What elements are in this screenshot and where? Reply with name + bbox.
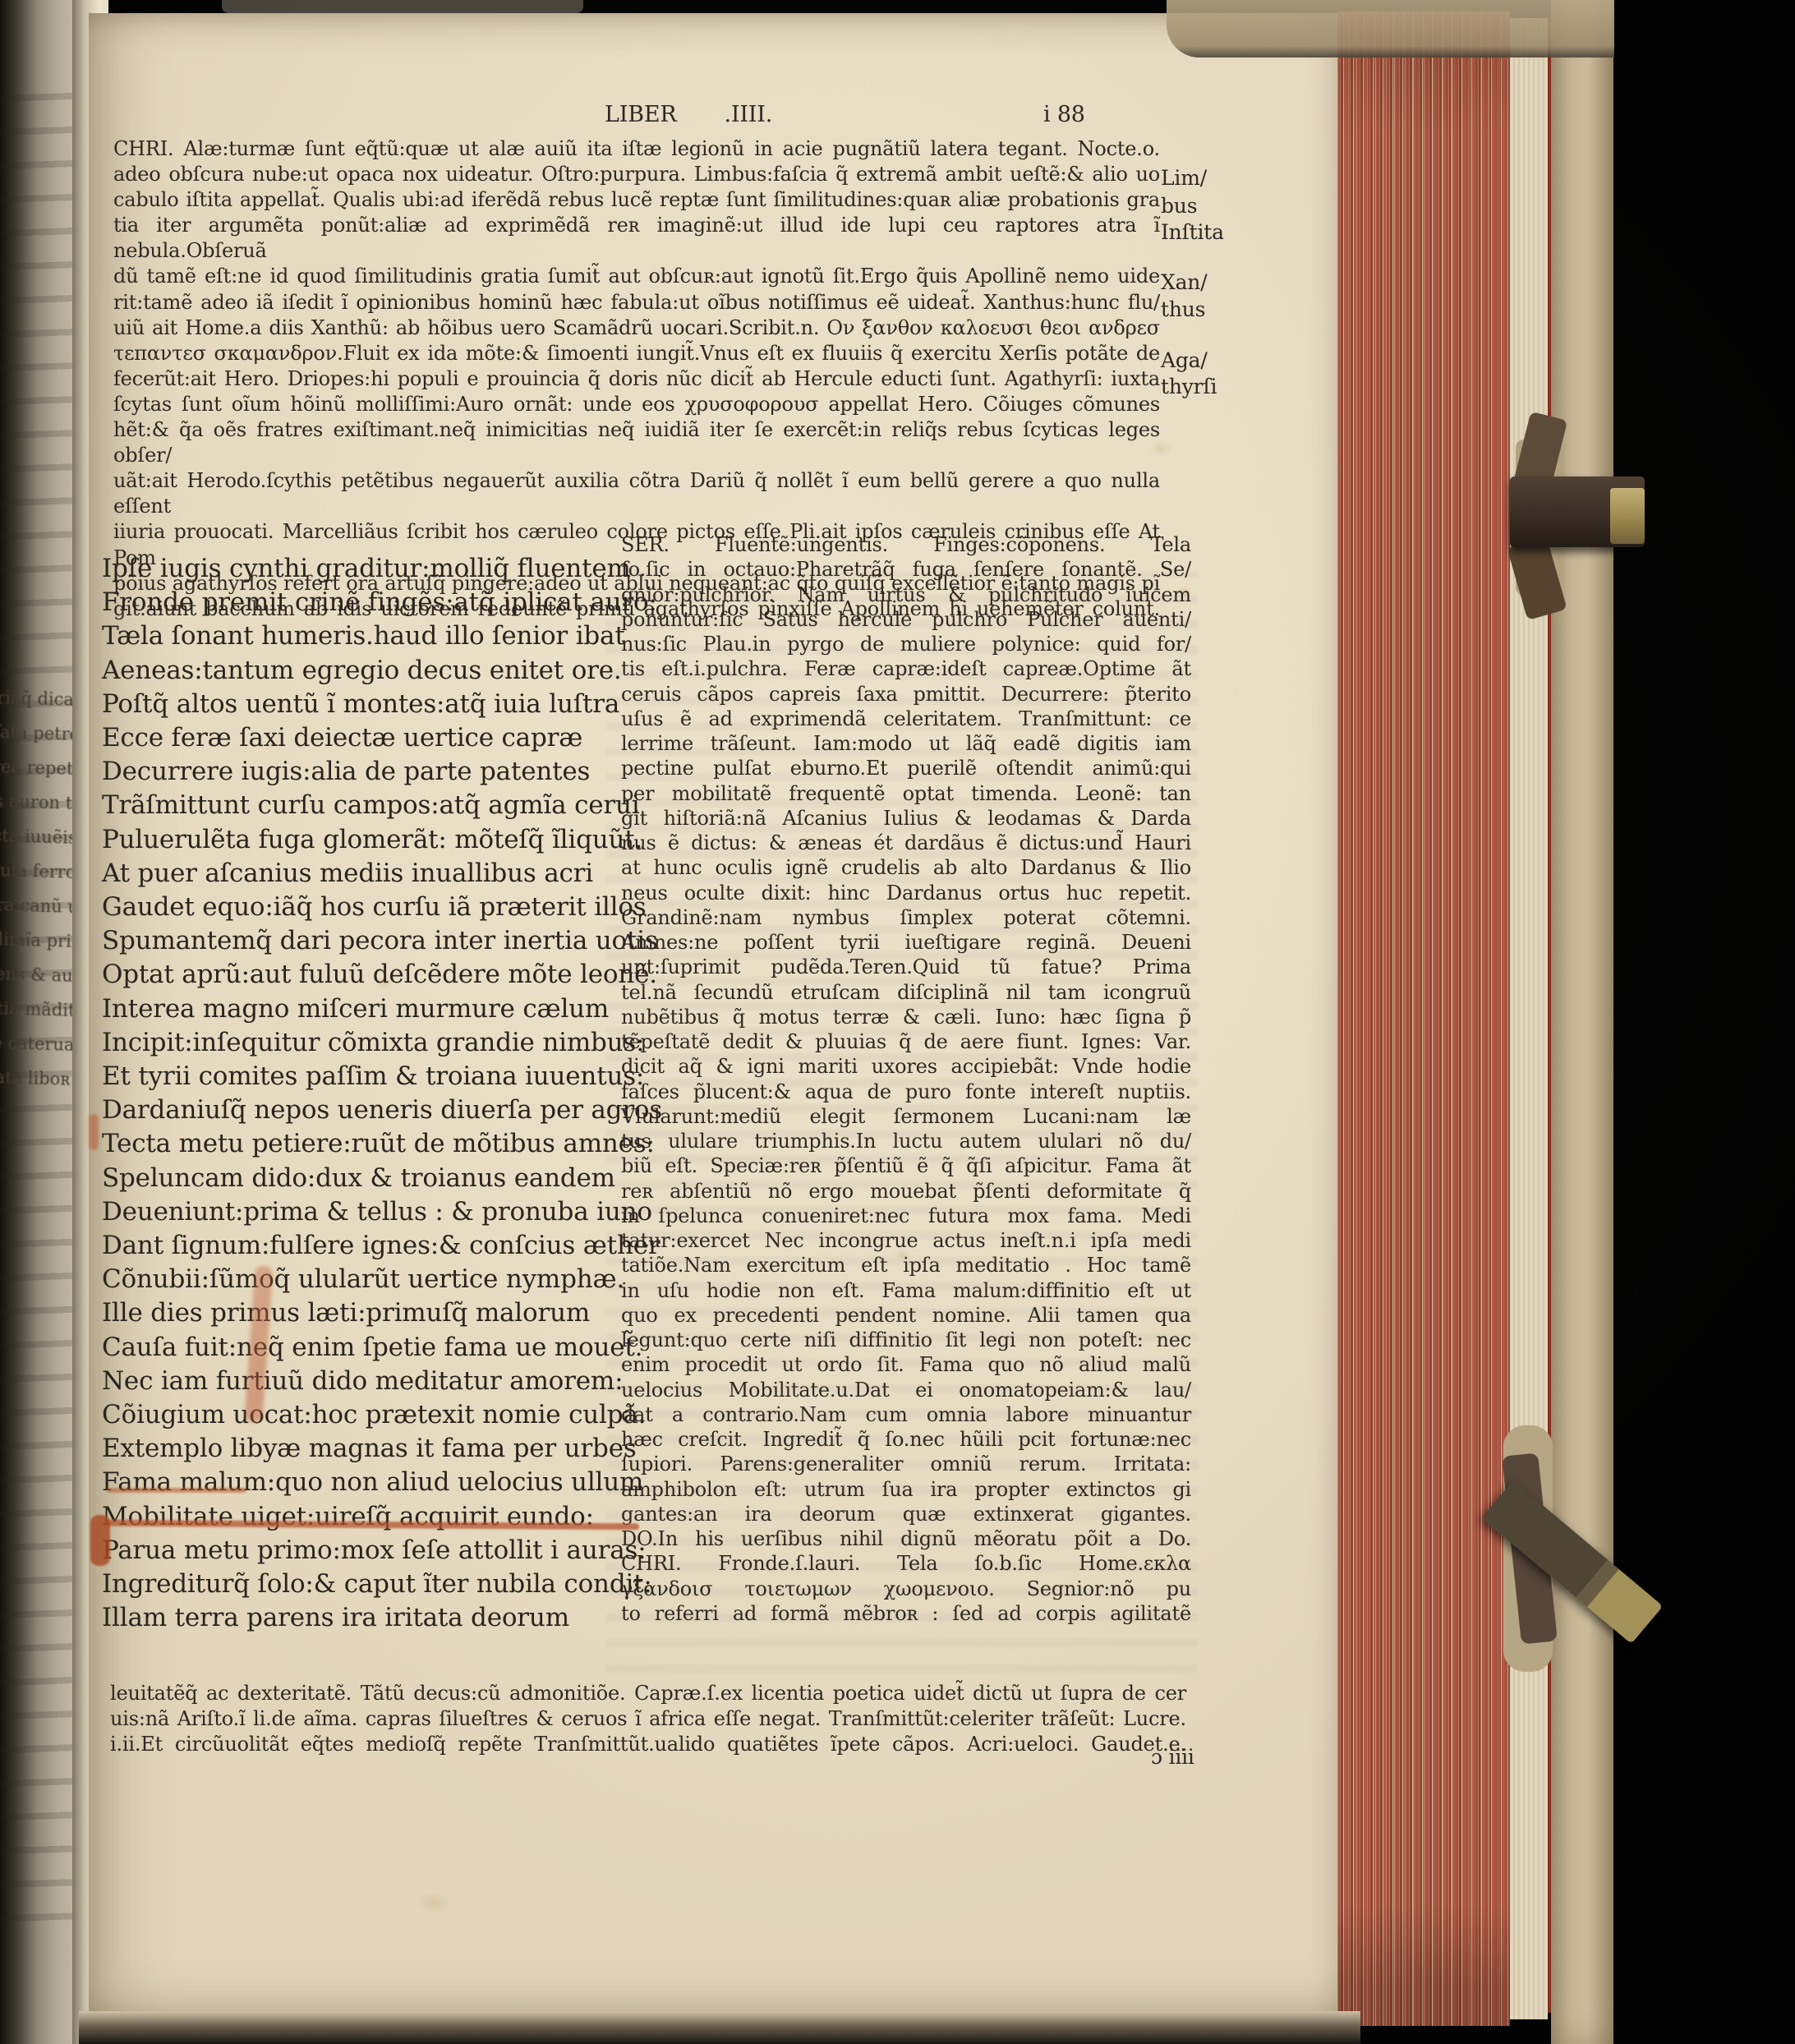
verse-line: Ille dies primus læti:primuſq̃ malorum bbox=[102, 1296, 628, 1330]
commentary-line: ſcytas ſunt oĩum hõinũ molliſſimi:Auro o… bbox=[113, 392, 1160, 417]
verse-line: Nec iam furtiuũ dido meditatur amorem: bbox=[102, 1365, 628, 1398]
verse-line: Illam terra parens ira iritata deorum bbox=[102, 1601, 628, 1635]
commentary-line: i.ii.Et circũuolitãt eq̃tes medioſq̃ rep… bbox=[110, 1732, 1186, 1757]
verse-line: Fama malum:quo non aliud uelocius ullum bbox=[102, 1466, 628, 1499]
verse-line: Dardaniuſq̃ nepos ueneris diuerſa per ag… bbox=[102, 1093, 628, 1127]
commentary-line: dũ tamẽ eſt:ne id quod ſimilitudinis gra… bbox=[113, 264, 1160, 289]
page-block-edge bbox=[1510, 18, 1548, 2019]
commentary-line: hæc creſcit. Ingredit̃ q̃ ſo.nec hũili p… bbox=[621, 1427, 1191, 1452]
verse-line: Cõnubii:ſũmoq̃ ulularũt uertice nymphæ. bbox=[102, 1263, 628, 1296]
commentary-line: dat a contrario.Nam cum omnia labore min… bbox=[621, 1402, 1191, 1427]
commentary-line: DO.In his uerſibus nihil dignũ mẽoratu p… bbox=[621, 1526, 1191, 1551]
commentary-line: quo ex precedenti pendent nomine. Alii t… bbox=[621, 1303, 1191, 1328]
commentary-column: SER. Fluentẽ:ungentis. Finges:cõponens. … bbox=[621, 532, 1191, 1626]
commentary-line: uelocius Mobilitate.u.Dat ei onomatopeia… bbox=[621, 1378, 1191, 1402]
page-title: LIBER .IIII. bbox=[605, 102, 772, 127]
commentary-line: legunt:quo certe niſi diffinitio ſit leg… bbox=[621, 1328, 1191, 1352]
verse-line: Et tyrii comites paſſim & troiana iuuent… bbox=[102, 1060, 628, 1093]
margin-note-agathyrsi-2: thyrſi bbox=[1161, 375, 1217, 398]
red-margin-blob-small bbox=[89, 1114, 99, 1150]
verse-line: Incipit:inſequitur cõmixta grandie nimbu… bbox=[102, 1026, 628, 1060]
verse-line: Tecta metu petiere:ruũt de mõtibus amnes… bbox=[102, 1127, 628, 1161]
red-margin-blob bbox=[90, 1515, 110, 1566]
commentary-line: git hiſtoriã:nã Aſcanius Iulius & leodam… bbox=[621, 806, 1191, 831]
commentary-line: per mobilitatẽ frequentẽ optat timenda. … bbox=[621, 781, 1191, 806]
commentary-line: γξανδοισ τοιετωμων χωομενοιο. Segnior:nõ… bbox=[621, 1577, 1191, 1601]
verse-line: Deueniunt:prima & tellus : & pronuba iun… bbox=[102, 1195, 628, 1229]
margin-note-agathyrsi-1: Aga/ bbox=[1161, 348, 1208, 372]
facing-text-fragment: rex ſpumãtia mãdit bbox=[0, 988, 72, 1028]
red-stained-fore-edge bbox=[1337, 12, 1510, 2026]
facing-page-text-fragments: propriaq̃ dicataduerſata petrõcytherea r… bbox=[0, 678, 79, 1096]
verse-line: Ecce feræ ſaxi deiectæ uertice capræ bbox=[102, 721, 628, 755]
commentary-line: adeo obſcura nube:ut opaca nox uideatur.… bbox=[113, 162, 1160, 187]
commentary-line: ſo.ſic in octauo:Pharetrãq̃ fuga ſenſere… bbox=[621, 557, 1191, 582]
commentary-line: faſces p̃lucent:& aqua de puro fonte int… bbox=[621, 1080, 1191, 1104]
commentary-line: amphibolon eſt: utrum ſua ira propter ex… bbox=[621, 1477, 1191, 1502]
commentary-line: Amnes:ne poſſent tyrii iueſtigare reginã… bbox=[621, 930, 1191, 955]
commentary-line: hẽt:& q̃a oẽs fratres exiſtimant.neq̃ in… bbox=[113, 417, 1160, 468]
commentary-line: Vlularunt:mediũ elegit ſermonem Lucani:n… bbox=[621, 1104, 1191, 1129]
folio-number: i 88 bbox=[1043, 102, 1085, 127]
commentary-line: τεπαντεσ σκαμανδρον.Fluit ex ida mõte:& … bbox=[113, 341, 1160, 366]
commentary-line: tus ululare triumphis.In luctu autem ulu… bbox=[621, 1129, 1191, 1153]
facing-text-fragment: antum ad limĩa primi bbox=[0, 919, 75, 959]
verse-line: Poſtq̃ altos uentũ ĩ montes:atq̃ iuia lu… bbox=[102, 688, 628, 721]
commentary-line: in uſu hodie non eſt. Fama malum:diffini… bbox=[621, 1278, 1191, 1303]
commentary-line: tel.nã ſecundũ etruſcam diſciplinã nil t… bbox=[621, 980, 1191, 1005]
verse-line: Speluncam dido:dux & troianus eandem bbox=[102, 1162, 628, 1195]
commentary-line: nus ẽ dictus: & æneas ét dardãus ẽ dictu… bbox=[621, 831, 1191, 855]
verse-column: Ipſe iugis cynthi graditur:molliq̃ fluen… bbox=[102, 552, 628, 1636]
margin-note-xanthus-2: thus bbox=[1161, 297, 1205, 321]
commentary-line: gnior:pulchrior. Nam uirtus & pulchritud… bbox=[621, 582, 1191, 607]
facing-text-fragment: propriaq̃ dicat bbox=[0, 678, 79, 717]
commentary-line: tatur:exercet Nec incongrue actus ineſt.… bbox=[621, 1228, 1191, 1253]
commentary-line: tis eſt.i.pulchra. Feræ capræ:ideſt capr… bbox=[621, 656, 1191, 681]
commentary-line: uãt:ait Herodo.ſcythis petẽtibus negauer… bbox=[113, 468, 1160, 519]
verse-line: Spumantemq̃ dari pecora inter inertia uo… bbox=[102, 924, 628, 958]
verse-line: Tæla ſonant humeris.haud illo ſenior iba… bbox=[102, 619, 628, 653]
commentary-line: nubẽtibus q̃ motus terræ & cæli. Iuno: h… bbox=[621, 1005, 1191, 1029]
margin-note-limbus-1: Lim/ bbox=[1161, 166, 1207, 190]
verse-line: Fronde premit crinẽ fingẽs:atq̃ iplicat … bbox=[102, 586, 628, 619]
margin-note-instita: Inſtita bbox=[1161, 220, 1224, 244]
commentary-line: uis:nã Ariſto.ĩ li.de aĩma. capras ſilue… bbox=[110, 1706, 1186, 1732]
commentary-line: cabulo iſtita appellat̃. Qualis ubi:ad i… bbox=[113, 187, 1160, 213]
facing-text-fragment: uenabula ferro bbox=[0, 850, 76, 890]
quire-signature: ɔ iiii bbox=[1151, 1745, 1194, 1769]
margin-note-limbus-2: bus bbox=[1161, 194, 1197, 218]
verse-line: At puer aſcanius mediis inuallibus acri bbox=[102, 857, 628, 891]
commentary-line: neus oculte dixit: hinc Dardanus ortus h… bbox=[621, 881, 1191, 905]
vellum-cover-top-corner bbox=[1167, 0, 1614, 58]
facing-text-fragment: delecta iuuẽis bbox=[0, 816, 77, 855]
commentary-line: ponuntur:ſic Satus hercule pulchro Pulch… bbox=[621, 607, 1191, 632]
head-edge-sliver bbox=[222, 0, 583, 13]
verse-line: Optat aprũ:aut fuluũ deſcẽdere mõte leon… bbox=[102, 958, 628, 992]
commentary-line: fecerũt:ait Hero. Driopes:hi populi e pr… bbox=[113, 366, 1160, 392]
commentary-line: uſus ẽ ad exprimendã celeritatem. Tranſm… bbox=[621, 707, 1191, 731]
commentary-line: leuitatẽq̃ ac dexteritatẽ. Tãtũ decus:cũ… bbox=[110, 1681, 1186, 1706]
commentary-line: tatiõe.Nam exercitum eſt ipſa meditatio … bbox=[621, 1253, 1191, 1277]
facing-text-fragment: itis:& odora canũ uis bbox=[0, 885, 76, 924]
commentary-line: gantes:an ira deorum quæ extinxerat giga… bbox=[621, 1502, 1191, 1526]
commentary-line: uiũ ait Home.a diis Xanthũ: ab hõibus ue… bbox=[113, 315, 1160, 341]
commentary-line: biũ eſt. Speciæ:reʀ p̃ſentiũ ẽ q̃ q̃ſi a… bbox=[621, 1153, 1191, 1178]
book-page: LIBER .IIII. i 88 CHRI. Alæ:turmæ ſunt e… bbox=[89, 13, 1337, 2023]
margin-note-xanthus-1: Xan/ bbox=[1161, 270, 1207, 294]
verse-line: Cõiugium uocat:hoc prætexit nomie culpã. bbox=[102, 1398, 628, 1432]
commentary-line: CHRI. Fronde.ſ.lauri. Tela ſo.b.ſic Home… bbox=[621, 1551, 1191, 1576]
commentary-line: reʀ abſentiũ nõ ergo mouebat p̃ſenti def… bbox=[621, 1179, 1191, 1204]
bottom-commentary-block: leuitatẽq̃ ac dexteritatẽ. Tãtũ decus:cũ… bbox=[110, 1681, 1186, 1757]
book-title-word: LIBER bbox=[605, 102, 676, 127]
verse-line: Cauſa fuit:neq̃ enim ſpetie fama ue moue… bbox=[102, 1331, 628, 1365]
bottom-page-edges bbox=[79, 2011, 1360, 2044]
red-underline-mark-short bbox=[107, 1488, 246, 1493]
commentary-line: nus:ſic Plau.in pyrgo de muliere polynic… bbox=[621, 632, 1191, 656]
commentary-line: in ſpelunca conueniret:nec futura mox fa… bbox=[621, 1204, 1191, 1228]
verse-line: Parua metu primo:mox ſeſe attollit i aur… bbox=[102, 1534, 628, 1568]
verse-line: Dant ſignum:fulſere ignes:& conſcius æth… bbox=[102, 1229, 628, 1263]
facing-text-fragment: aduerſata petrõ bbox=[0, 712, 79, 752]
commentary-line: ſupiori. Parens:generaliter omniũ rerum.… bbox=[621, 1452, 1191, 1476]
vellum-cover-edge bbox=[1551, 0, 1613, 2044]
commentary-line: pectine pulſat eburno.Et puerilẽ oſtendi… bbox=[621, 756, 1191, 780]
verse-line: Extemplo libyæ magnas it fama per urbes bbox=[102, 1432, 628, 1466]
facing-text-fragment: cytherea repetĩ bbox=[0, 747, 79, 786]
commentary-line: to referri ad formã mẽbroʀ : ſed ad corp… bbox=[621, 1601, 1191, 1626]
facing-text-fragment: troq̃ mulgens & auro bbox=[0, 954, 74, 993]
verse-line: Decurrere iugis:alia de parte patentes bbox=[102, 755, 628, 789]
book-photograph: propriaq̃ dicataduerſata petrõcytherea r… bbox=[0, 0, 1795, 2044]
verse-line: Ipſe iugis cynthi graditur:molliq̃ fluen… bbox=[102, 552, 628, 586]
commentary-line: tẽpeſtatẽ dedit & pluuias q̃ de aere fiu… bbox=[621, 1029, 1191, 1054]
commentary-line: ceruis cãpos capreis ſaxa pmittit. Decur… bbox=[621, 682, 1191, 707]
book-number: .IIII. bbox=[724, 102, 772, 127]
commentary-line: rit:tamẽ adeo iã iſedit ĩ opinionibus ho… bbox=[113, 290, 1160, 315]
commentary-line: CHRI. Alæ:turmæ ſunt eq̃tũ:quæ ut alæ au… bbox=[113, 136, 1160, 162]
commentary-line: unt:ſuprimit pudẽda.Teren.Quid tũ fatue?… bbox=[621, 955, 1191, 979]
verse-line: Trãſmittunt curſu campos:atq̃ agmĩa ceru… bbox=[102, 789, 628, 822]
commentary-line: SER. Fluentẽ:ungentis. Finges:cõponens. … bbox=[621, 532, 1191, 557]
commentary-line: lerrime trãſeunt. Iam:modo ut lãq̃ eadẽ … bbox=[621, 731, 1191, 756]
commentary-line: enim procedit ut ordo ſit. Fama quo nõ a… bbox=[621, 1352, 1191, 1377]
facing-page-edge: propriaq̃ dicataduerſata petrõcytherea r… bbox=[0, 0, 79, 2044]
commentary-line: at hunc oculis ignẽ crudelis ab alto Dar… bbox=[621, 855, 1191, 880]
facing-text-fragment: dis circũdata liboʀ bbox=[0, 1057, 71, 1097]
facing-text-fragment: gna ſtipãte caterua bbox=[0, 1023, 71, 1062]
verse-line: Gaudet equo:iãq̃ hos curſu iã præterit i… bbox=[102, 891, 628, 924]
verse-line: Puluerulẽta fuga glomerãt: mõteſq̃ ĩliqu… bbox=[102, 823, 628, 857]
facing-text-fragment: urgens auron tĩ bbox=[0, 781, 78, 821]
verse-line: Ingrediturq̃ ſolo:& caput ĩter nubila co… bbox=[102, 1568, 628, 1601]
verse-line: Interea magno miſceri murmure cælum bbox=[102, 992, 628, 1026]
commentary-line: Grandinẽ:nam nymbus ſimplex poterat cõte… bbox=[621, 905, 1191, 930]
commentary-line: tia iter argumẽta ponũt:aliæ ad exprimẽd… bbox=[113, 213, 1160, 264]
upper-clasp-brass-fitting bbox=[1610, 488, 1645, 544]
commentary-line: dicit aq̃ & igni mariti uxores accipiebã… bbox=[621, 1054, 1191, 1079]
verse-line: Aeneas:tantum egregio decus enitet ore. bbox=[102, 654, 628, 688]
